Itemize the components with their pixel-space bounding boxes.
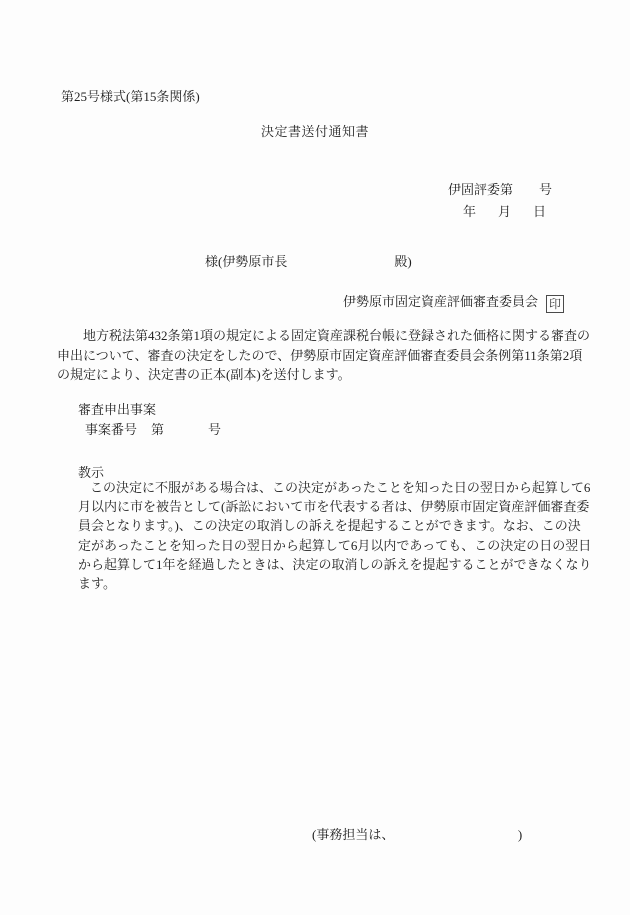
main-paragraph-line: 申出について、審査の決定をしたので、伊勢原市固定資産評価審査委員会条例第11条第… (57, 346, 590, 366)
clerical-contact-open: (事務担当は、 (312, 827, 388, 842)
main-paragraph-line: 地方税法第432条第1項の規定による固定資産課税台帳に登録された価格に関する審査… (57, 326, 590, 346)
notice-paragraph-line: ます。 (78, 574, 592, 593)
main-paragraph-line: の規定により、決定書の正本(副本)を送付します。 (57, 365, 590, 385)
document-title: 決定書送付通知書 (0, 121, 630, 140)
issuer-name: 伊勢原市固定資産評価審査委員会 (343, 294, 538, 309)
addressee-line: 様(伊勢原市長殿) (205, 251, 412, 270)
main-paragraph: 地方税法第432条第1項の規定による固定資産課税台帳に登録された価格に関する審査… (57, 326, 590, 385)
clerical-contact-close: ) (518, 827, 522, 842)
issuer-line: 伊勢原市固定資産評価審査委員会印 (343, 291, 564, 313)
case-number-prefix: 第 (151, 422, 164, 437)
reference-number-line: 伊固評委第号 (448, 179, 552, 198)
case-number-label: 事案番号 (85, 422, 137, 437)
notice-paragraph-line: 月以内に市を被告として(訴訟において市を代表する者は、伊勢原市固定資産評価審査委 (78, 497, 592, 516)
notice-paragraph-line: から起算して1年を経過したときは、決定の取消しの訴えを提起することができなくなり (78, 555, 592, 574)
notice-paragraph: この決定に不服がある場合は、この決定があったことを知った日の翌日から起算して6 … (78, 478, 592, 593)
date-line: 年月日 (463, 201, 546, 220)
addressee-honorific-label: 殿) (394, 254, 411, 269)
form-number: 第25号様式(第15条関係) (61, 86, 200, 105)
notice-paragraph-line: 員会となります。)、この決定の取消しの訴えを提起することができます。なお、この決 (78, 516, 592, 535)
document-page: 第25号様式(第15条関係) 決定書送付通知書 伊固評委第号 年月日 様(伊勢原… (0, 0, 630, 915)
clerical-contact-note: (事務担当は、) (312, 824, 522, 843)
case-number-suffix: 号 (208, 422, 221, 437)
case-number-line: 事案番号第号 (85, 419, 221, 438)
notice-paragraph-line: この決定に不服がある場合は、この決定があったことを知った日の翌日から起算して6 (78, 478, 592, 497)
addressee-recipient-label: 様(伊勢原市長 (205, 254, 287, 269)
date-month-label: 月 (498, 204, 511, 219)
notice-paragraph-line: 定があったことを知った日の翌日から起算して6月以内であっても、この決定の日の翌日 (78, 536, 592, 555)
case-section-heading: 審査申出事案 (78, 399, 156, 418)
reference-number-label: 伊固評委第 (448, 182, 513, 197)
date-day-label: 日 (533, 204, 546, 219)
reference-number-suffix: 号 (539, 182, 552, 197)
date-year-label: 年 (463, 204, 476, 219)
seal-stamp-box: 印 (546, 295, 564, 313)
